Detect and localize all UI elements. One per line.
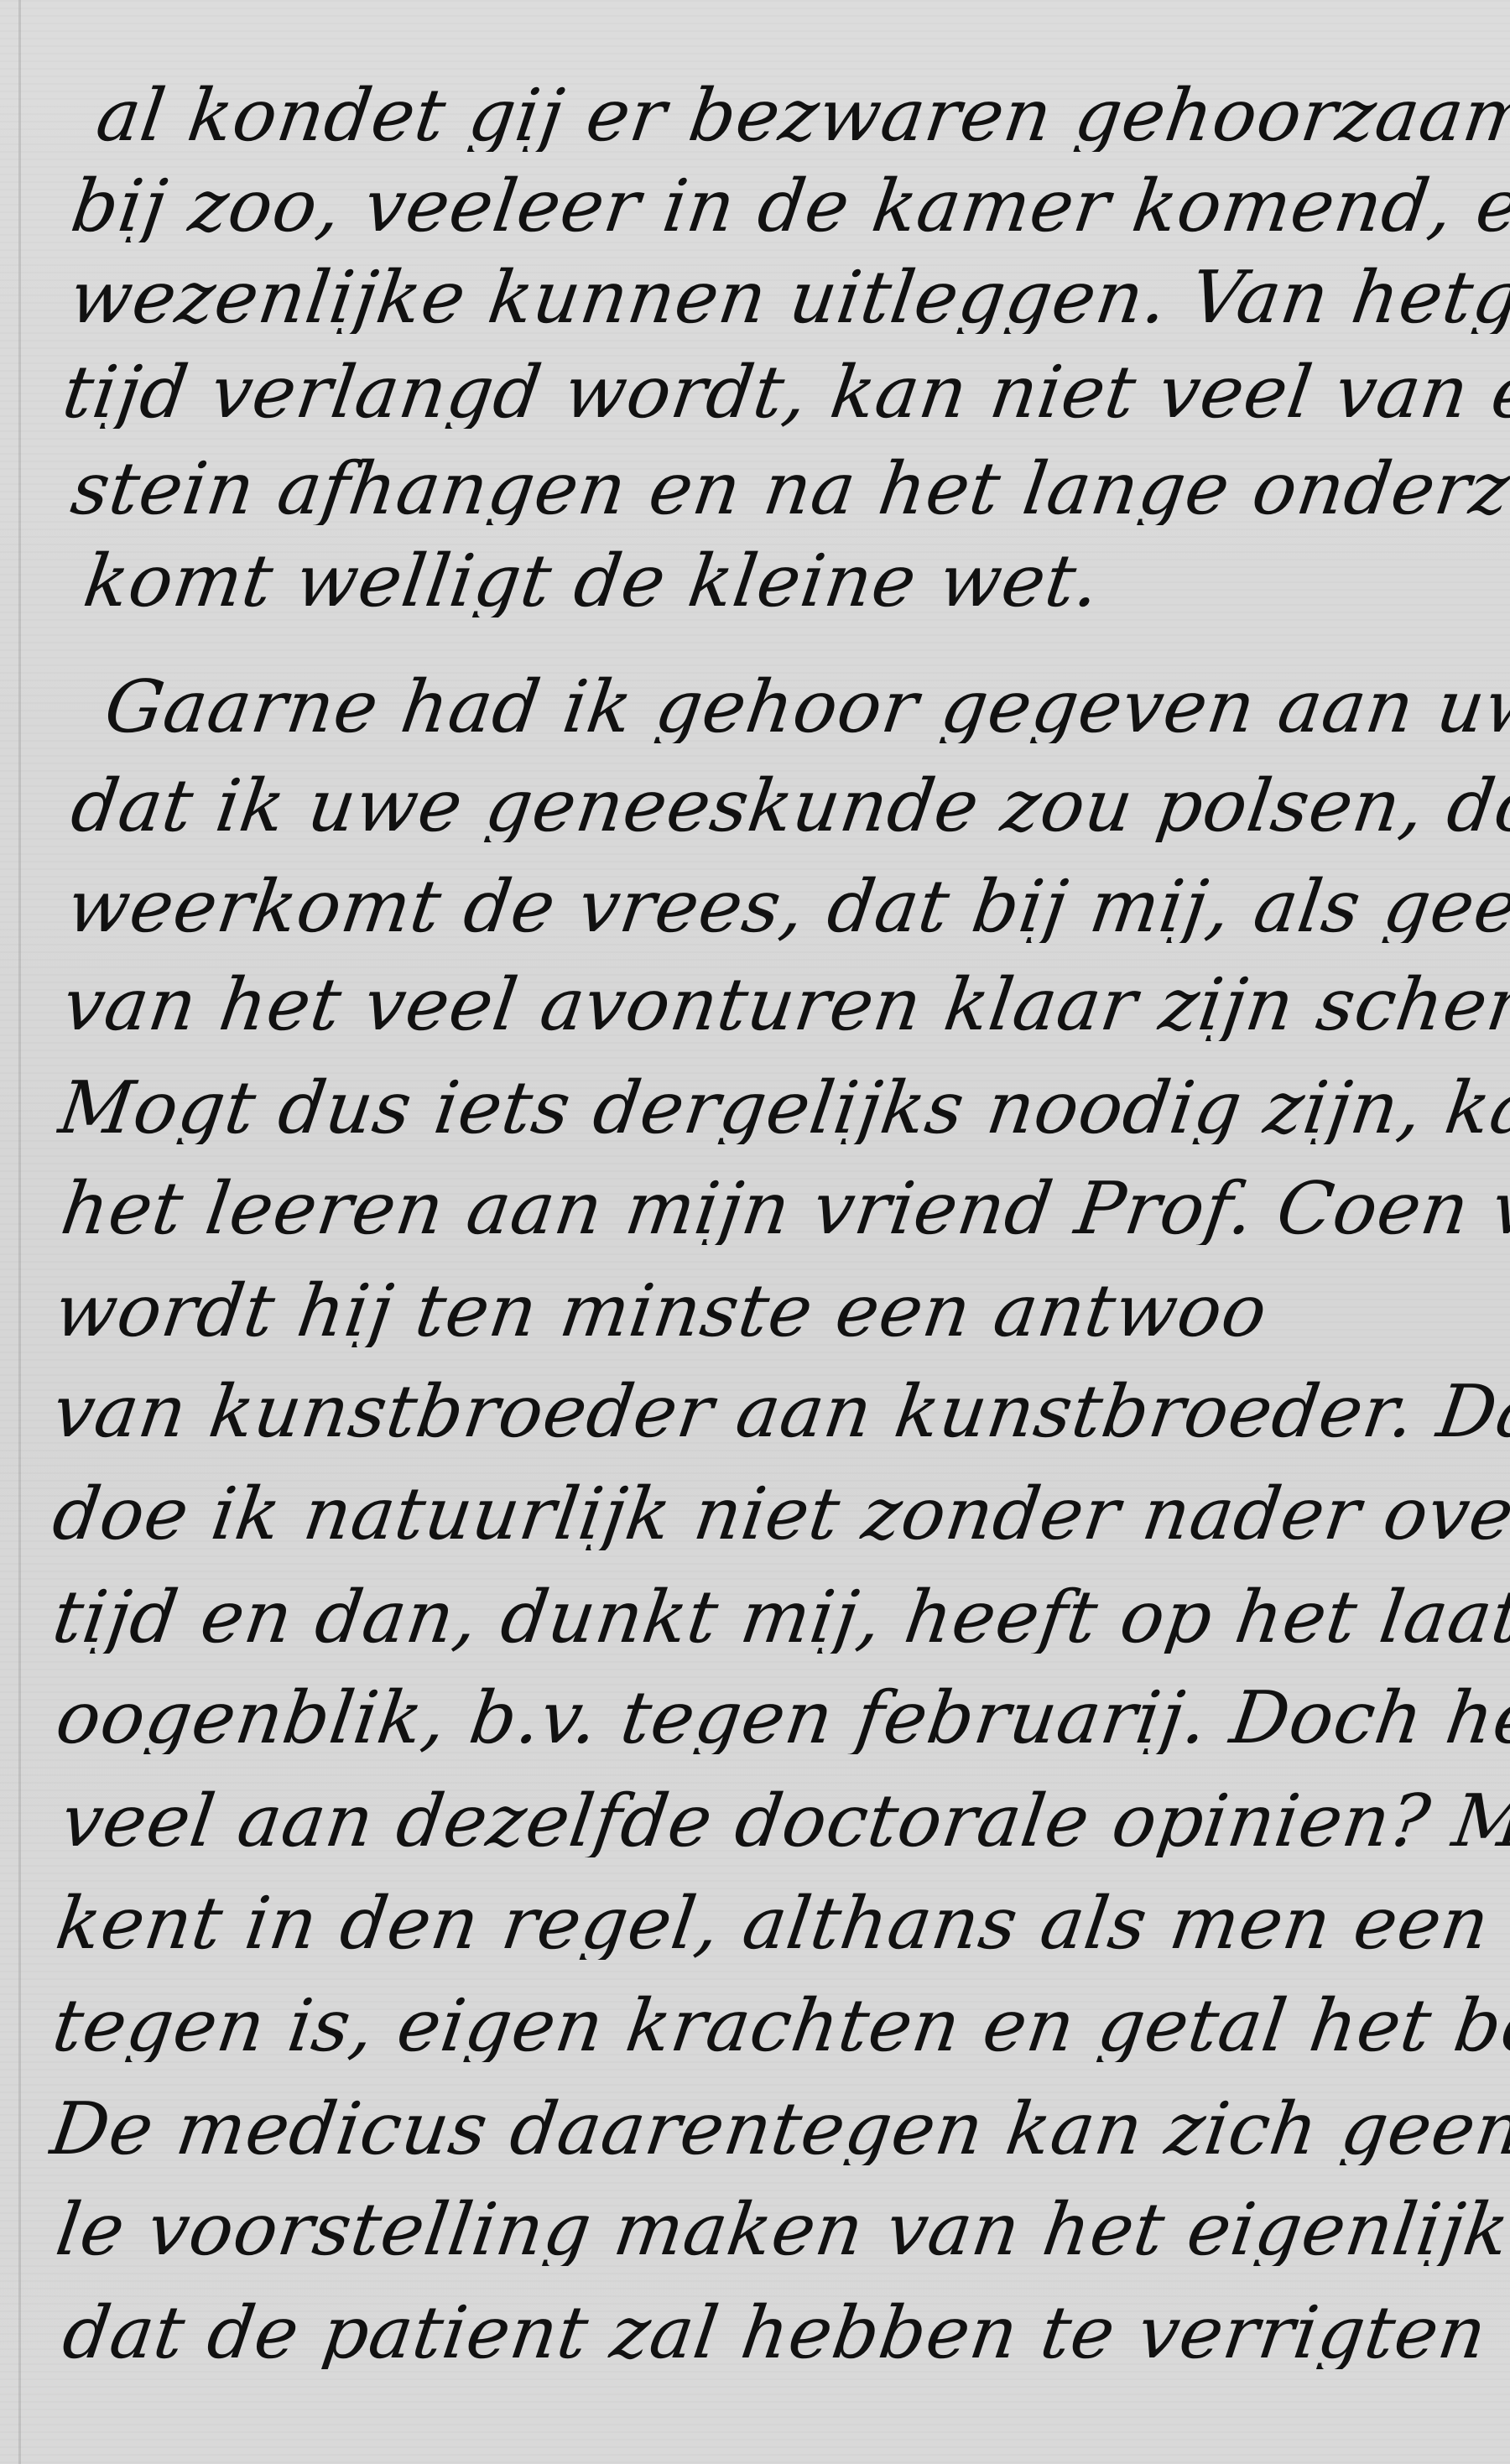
- letter-line: tijd verlangd wordt, kan niet veel van e…: [59, 357, 1510, 429]
- letter-line: van het veel avonturen klaar zijn schenk…: [59, 969, 1510, 1041]
- letter-line: Gaarne had ik gehoor gegeven aan uwen w: [101, 671, 1510, 743]
- letter-line: Mogt dus iets dergelijks noodig zijn, ka…: [55, 1072, 1510, 1144]
- letter-line: dat ik uwe geneeskunde zou polsen, doch …: [67, 770, 1510, 842]
- letter-line: kent in den regel, althans als men een w: [52, 1888, 1510, 1960]
- letter-line: le voorstelling maken van het eigenlijk …: [52, 2194, 1510, 2266]
- letter-line: veel aan dezelfde doctorale opinien? Men: [57, 1785, 1510, 1857]
- letter-line: het leeren aan mijn vriend Prof. Coen va…: [57, 1173, 1510, 1245]
- letter-line: De medicus daarentegen kan zich geene he…: [46, 2093, 1510, 2165]
- page-edge-rule: [18, 0, 21, 2464]
- letter-line: oogenblik, b.v. tegen februarij. Doch he…: [52, 1682, 1510, 1754]
- letter-line: tijd en dan, dunkt mij, heeft op het laa…: [49, 1581, 1510, 1654]
- letter-line: stein afhangen en na het lange onderzoek: [67, 453, 1510, 525]
- letter-line: tegen is, eigen krachten en getal het be: [49, 1990, 1510, 2062]
- letter-line: weerkomt de vrees, dat bij mij, als geen…: [63, 871, 1510, 943]
- letter-page: al kondet gij er bezwaren gehoorzaam bij…: [0, 0, 1510, 2464]
- letter-line: komt welligt de kleine wet.: [80, 545, 1510, 617]
- letter-line: al kondet gij er bezwaren gehoorzaam bij: [92, 80, 1510, 152]
- letter-line: bij zoo, veeleer in de kamer komend, er …: [67, 170, 1510, 242]
- letter-line: dat de patient zal hebben te verrigten i…: [59, 2297, 1510, 2369]
- letter-line: doe ik natuurlijk niet zonder nader over…: [49, 1478, 1510, 1550]
- letter-line: wezenlijke kunnen uitleggen. Van hetgeen…: [65, 262, 1510, 334]
- letter-line: wordt hij ten minste een antwoo: [50, 1275, 1510, 1347]
- letter-line: van kunstbroeder aan kunstbroeder. Dat z…: [49, 1376, 1510, 1448]
